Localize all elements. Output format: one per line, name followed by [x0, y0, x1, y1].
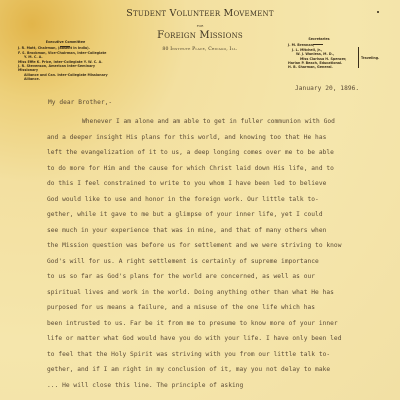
body-line: left the evangelization of it to us, a d…: [47, 145, 341, 161]
salutation: My dear Brother,-: [48, 99, 112, 106]
divider: [313, 44, 323, 45]
body-line: to us so far as God's plans for the worl…: [47, 269, 341, 285]
body-line: life or matter what God would have you d…: [47, 331, 341, 347]
body-line: to do more for Him and the cause for whi…: [47, 161, 341, 177]
body-line: gether, and if I am right in my conclusi…: [47, 362, 341, 378]
ink-dot: [377, 11, 379, 13]
secretary-other: H. B. Sharman, General.: [288, 65, 380, 69]
body-line: the Mission question was before us for s…: [47, 238, 341, 254]
secretaries: Secretaries J. M. Brennan, J. L. Mitchel…: [288, 37, 380, 70]
committee-member: J. R. Stevenson, American Inter-Seminary…: [18, 64, 113, 73]
body-line: been intrusted to us. Far be it from me …: [47, 316, 341, 332]
letter-body: Whenever I am alone and am able to get i…: [47, 114, 341, 393]
traveling-label: Traveling.: [361, 56, 379, 60]
org-name-for: for: [0, 23, 400, 28]
body-line: Whenever I am alone and am able to get i…: [47, 114, 341, 130]
letter-date: January 20, 1896.: [295, 85, 359, 92]
body-line: purposed for us means a failure, and a m…: [47, 300, 341, 316]
body-line: see much in your experience that was in …: [47, 223, 341, 239]
body-line: and a deeper insight His plans for this …: [47, 130, 341, 146]
body-line: do this I feel constrained to write to y…: [47, 176, 341, 192]
divider: [60, 46, 70, 47]
body-line: gether, while it gave to me but a glimps…: [47, 207, 341, 223]
body-line: to feel that the Holy Spirit was strivin…: [47, 347, 341, 363]
executive-committee-heading: Executive Committee: [18, 40, 113, 44]
body-line: God's will for us. A right settlement is…: [47, 254, 341, 270]
org-name-line1: Student Volunteer Movement: [0, 8, 400, 19]
body-line: ... He will close this line. The princip…: [47, 378, 341, 394]
bracket: [355, 47, 359, 68]
body-line: spiritual lives and work in the world. D…: [47, 285, 341, 301]
committee-member-cont: Alliance.: [18, 77, 113, 81]
body-line: God would like to use and honor in the f…: [47, 192, 341, 208]
secretaries-heading: Secretaries: [288, 37, 350, 41]
